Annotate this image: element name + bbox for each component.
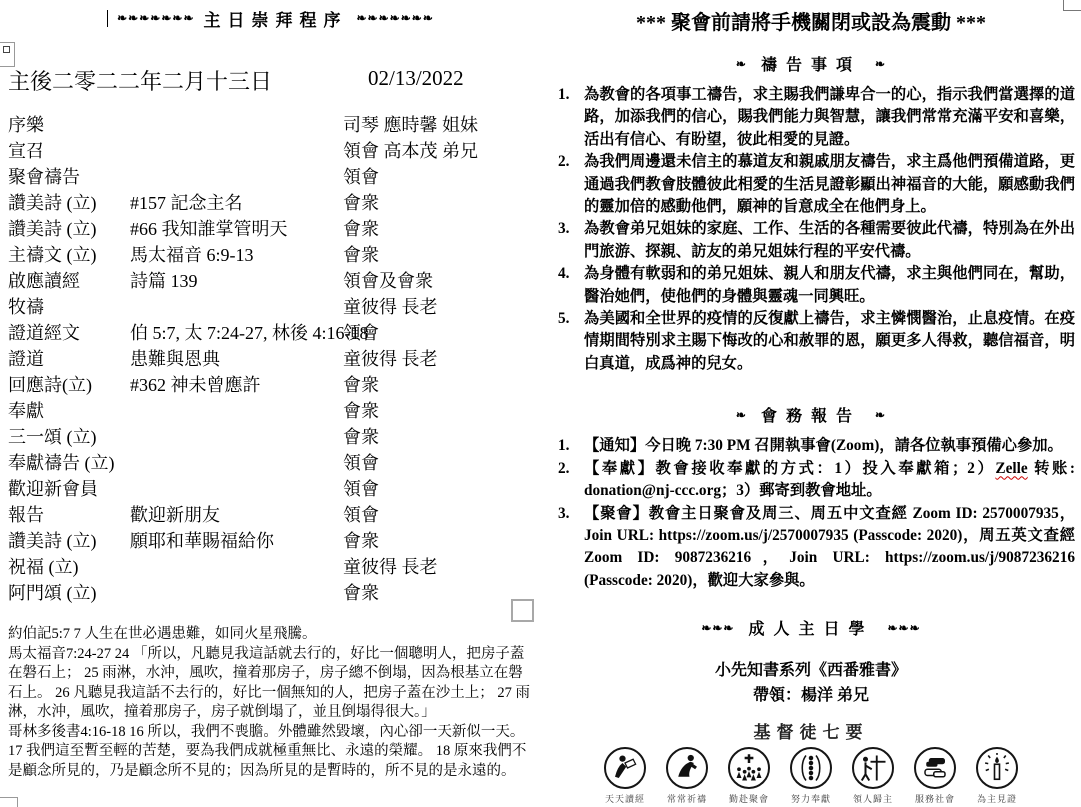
program-item-detail: #157 記念主名 — [130, 189, 343, 215]
program-row: 歡迎新會員領會 — [8, 475, 541, 501]
list-number: 1. — [558, 435, 584, 457]
program-item-label: 聚會禱告 — [8, 163, 130, 189]
seven-essentials-title: 基督徒七要 — [543, 718, 1079, 743]
program-item-label: 祝福 (立) — [8, 553, 130, 579]
essential-label: 天天讀經 — [605, 792, 645, 805]
program-row: 主禱文 (立)馬太福音 6:9-13會衆 — [8, 241, 541, 267]
program-item-person: 會衆 — [343, 527, 541, 553]
program-row: 讚美詩 (立)願耶和華賜福給你會衆 — [8, 527, 541, 553]
essential-label: 勤赴聚會 — [729, 792, 769, 805]
essential-item: 天天讀經 — [598, 747, 653, 805]
program-row: 宣召領會 高本茂 弟兄 — [8, 137, 541, 163]
program-row: 奉獻禱告 (立)領會 — [8, 449, 541, 475]
program-row: 啟應讀經詩篇 139領會及會衆 — [8, 267, 541, 293]
essential-item: 常常祈禱 — [660, 747, 715, 805]
program-item-person: 會衆 — [343, 423, 541, 449]
scripture-block: 約伯記5:7 7 人生在世必遇患難，如同火星飛騰。 馬太福音7:24-27 24… — [0, 625, 541, 781]
scripture-corinthians: 哥林多後書4:16-18 16 所以，我們不喪膽。外體雖然毀壞，內心卻一天新似一… — [8, 723, 531, 782]
prayer-text: 為教會的各項事工禱告，求主賜我們謙卑合一的心，指示我們當選擇的道路，加添我們的信… — [584, 84, 1075, 151]
ornament-right: ❧ — [875, 409, 886, 421]
list-number: 2. — [558, 458, 584, 503]
ornament-right: ❧ — [875, 58, 886, 70]
announcement-text-before: 【奉獻】教會接收奉獻的方式：1）投入奉獻箱；2） — [584, 460, 995, 477]
program-item-detail: 伯 5:7, 太 7:24-27, 林後 4:16-18 — [130, 319, 343, 345]
essential-label: 努力奉獻 — [791, 792, 831, 805]
program-item-person: 領會 — [343, 449, 541, 475]
program-item-person: 會衆 — [343, 189, 541, 215]
worship-order-page: ❧❧❧❧❧❧❧ 主日崇拜程序 ❧❧❧❧❧❧❧ 主後二零二二年二月十三日 02/1… — [0, 0, 541, 781]
list-number: 3. — [558, 503, 584, 593]
cropped-box-bottom-left — [0, 797, 18, 807]
program-row: 證道經文伯 5:7, 太 7:24-27, 林後 4:16-18領會 — [8, 319, 541, 345]
program-item-detail: 馬太福音 6:9-13 — [130, 241, 343, 267]
scripture-matthew: 馬太福音7:24-27 24 「所以，凡聽見我這話就去行的，好比一個聰明人，把房… — [8, 645, 531, 723]
program-row: 讚美詩 (立)#66 我知誰掌管明天會衆 — [8, 215, 541, 241]
list-number: 4. — [558, 263, 584, 308]
program-item-label: 讚美詩 (立) — [8, 527, 130, 553]
program-row: 牧禱童彼得 長老 — [8, 293, 541, 319]
program-item-person: 領會 — [343, 501, 541, 527]
program-item-detail: #66 我知誰掌管明天 — [130, 215, 343, 241]
phone-notice: *** 聚會前請將手機關閉或設為震動 *** — [543, 6, 1079, 35]
offering-icon — [790, 747, 832, 789]
essential-item: 勤赴聚會 — [722, 747, 777, 805]
date-chinese: 主後二零二二年二月十三日 — [8, 69, 272, 94]
program-row: 聚會禱告領會 — [8, 163, 541, 189]
essential-item: 服務社會 — [908, 747, 963, 805]
program-item-label: 讚美詩 (立) — [8, 189, 130, 215]
seven-essentials: 基督徒七要 天天讀經 — [543, 718, 1079, 805]
announcements-list: 1.【通知】今日晚 7:30 PM 召開執事會(Zoom)，請各位執事預備心參加… — [543, 435, 1079, 592]
gathering-icon — [728, 747, 770, 789]
announcement-item: 3.【聚會】教會主日聚會及周三、周五中文查經 Zoom ID: 25700079… — [558, 503, 1075, 593]
list-number: 1. — [558, 84, 584, 151]
program-item-detail: #362 神未曾應許 — [130, 371, 343, 397]
prayer-item: 4.為身體有軟弱和的弟兄姐妹、親人和朋友代禱，求主與他們同在，幫助，醫治她們，使… — [558, 263, 1075, 308]
program-row: 阿門頌 (立)會衆 — [8, 579, 541, 605]
program-row: 回應詩(立)#362 神未曾應許會衆 — [8, 371, 541, 397]
prayer-item: 2.為我們周邊還未信主的慕道友和親戚朋友禱告，求主爲他們預備道路，更通過我們教會… — [558, 151, 1075, 218]
ornament-left: ❧❧❧❧❧❧❧ — [117, 12, 194, 24]
seven-essentials-icons: 天天讀經 常常祈禱 — [543, 747, 1079, 805]
program-item-label: 牧禱 — [8, 293, 130, 319]
program-item-detail: 患難與恩典 — [130, 345, 343, 371]
program-row: 三一頌 (立)會衆 — [8, 423, 541, 449]
program-item-label: 阿門頌 (立) — [8, 579, 130, 605]
announcement-text: 【通知】今日晚 7:30 PM 召開執事會(Zoom)，請各位執事預備心參加。 — [584, 435, 1075, 457]
reading-icon — [604, 747, 646, 789]
program-item-label: 讚美詩 (立) — [8, 215, 130, 241]
essential-item: 領人歸主 — [846, 747, 901, 805]
misspelled-word: Zelle — [995, 460, 1027, 477]
program-item-person: 會衆 — [343, 397, 541, 423]
text-cursor — [107, 10, 108, 27]
program-item-person: 童彼得 長老 — [343, 553, 541, 579]
program-item-label: 證道經文 — [8, 319, 130, 345]
essential-label: 服務社會 — [915, 792, 955, 805]
announcement-text: 【聚會】教會主日聚會及周三、周五中文查經 Zoom ID: 2570007935… — [584, 503, 1075, 593]
program-item-person: 司琴 應時馨 姐妹 — [343, 111, 541, 137]
program-item-label: 證道 — [8, 345, 130, 371]
prayer-section-header: ❧ 禱告事項 ❧ — [543, 52, 1079, 75]
program-row: 報告歡迎新朋友領會 — [8, 501, 541, 527]
program-item-label: 報告 — [8, 501, 130, 527]
program-item-detail: 歡迎新朋友 — [130, 501, 343, 527]
essential-item: 努力奉獻 — [784, 747, 839, 805]
program-item-person: 領會及會衆 — [343, 267, 541, 293]
ornament-left: ❧ — [736, 58, 747, 70]
program-item-person: 領會 — [343, 319, 541, 345]
list-number: 3. — [558, 218, 584, 263]
sunday-school-leader: 帶領：楊洋 弟兄 — [543, 682, 1079, 705]
date-numeric: 02/13/2022 — [368, 66, 464, 91]
prayer-item: 5.為美國和全世界的疫情的反復獻上禱告，求主憐憫醫治，止息疫情。在疫情期間特別求… — [558, 308, 1075, 375]
essential-label: 常常祈禱 — [667, 792, 707, 805]
worship-program-list: 序樂司琴 應時馨 姐妹 宣召領會 高本茂 弟兄 聚會禱告領會 讚美詩 (立)#1… — [0, 111, 541, 605]
program-item-person: 會衆 — [343, 215, 541, 241]
program-item-person: 會衆 — [343, 241, 541, 267]
program-item-detail: 願耶和華賜福給你 — [130, 527, 343, 553]
program-item-person: 會衆 — [343, 371, 541, 397]
program-item-label: 啟應讀經 — [8, 267, 130, 293]
worship-order-header: ❧❧❧❧❧❧❧ 主日崇拜程序 ❧❧❧❧❧❧❧ — [0, 7, 541, 29]
scripture-job: 約伯記5:7 7 人生在世必遇患難，如同火星飛騰。 — [8, 625, 531, 645]
list-number: 5. — [558, 308, 584, 375]
announcement-item: 2.【奉獻】教會接收奉獻的方式：1）投入奉獻箱；2）Zelle 转账: dona… — [558, 458, 1075, 503]
cropped-box-top-right — [1063, 0, 1081, 11]
program-item-label: 奉獻禱告 (立) — [8, 449, 130, 475]
prayer-section-title: 禱告事項 — [761, 52, 861, 75]
service-icon — [914, 747, 956, 789]
program-row: 讚美詩 (立)#157 記念主名會衆 — [8, 189, 541, 215]
program-item-label: 主禱文 (立) — [8, 241, 130, 267]
program-item-label: 序樂 — [8, 111, 130, 137]
prayer-text: 為身體有軟弱和的弟兄姐妹、親人和朋友代禱，求主與他們同在，幫助，醫治她們，使他們… — [584, 263, 1075, 308]
empty-checkbox[interactable] — [511, 599, 534, 622]
program-item-person: 領會 — [343, 163, 541, 189]
announcement-text: 【奉獻】教會接收奉獻的方式：1）投入奉獻箱；2）Zelle 转账: donati… — [584, 458, 1075, 503]
program-item-person: 童彼得 長老 — [343, 293, 541, 319]
program-item-label: 宣召 — [8, 137, 130, 163]
announcements-section-title: 會務報告 — [761, 403, 861, 426]
ornament-left: ❧❧❧ — [701, 622, 734, 634]
date-row: 主後二零二二年二月十三日 02/13/2022 — [0, 65, 541, 91]
program-row: 祝福 (立)童彼得 長老 — [8, 553, 541, 579]
program-item-person: 領會 — [343, 475, 541, 501]
witness-icon — [976, 747, 1018, 789]
announcement-item: 1.【通知】今日晚 7:30 PM 召開執事會(Zoom)，請各位執事預備心參加… — [558, 435, 1075, 457]
prayer-text: 為我們周邊還未信主的慕道友和親戚朋友禱告，求主爲他們預備道路，更通過我們教會肢體… — [584, 151, 1075, 218]
program-item-person: 領會 高本茂 弟兄 — [343, 137, 541, 163]
essential-item: 為主見證 — [970, 747, 1025, 805]
program-row: 奉獻會衆 — [8, 397, 541, 423]
essential-label: 領人歸主 — [853, 792, 893, 805]
object-anchor-box — [0, 42, 15, 67]
announcements-section-header: ❧ 會務報告 ❧ — [543, 403, 1079, 426]
program-row: 證道患難與恩典童彼得 長老 — [8, 345, 541, 371]
program-row: 序樂司琴 應時馨 姐妹 — [8, 111, 541, 137]
program-item-person: 童彼得 長老 — [343, 345, 541, 371]
page-title: 主日崇拜程序 — [204, 6, 348, 31]
prayer-text: 為美國和全世界的疫情的反復獻上禱告，求主憐憫醫治，止息疫情。在疫情期間特別求主賜… — [584, 308, 1075, 375]
sunday-school-series: 小先知書系列《西番雅書》 — [543, 657, 1079, 680]
announcements-page: *** 聚會前請將手機關閉或設為震動 *** ❧ 禱告事項 ❧ 1.為教會的各項… — [543, 0, 1079, 805]
program-item-detail: 詩篇 139 — [130, 267, 343, 293]
prayer-list: 1.為教會的各項事工禱告，求主賜我們謙卑合一的心，指示我們當選擇的道路，加添我們… — [543, 84, 1079, 375]
praying-icon — [666, 747, 708, 789]
prayer-text: 為教會弟兄姐妹的家庭、工作、生活的各種需要彼此代禱，特別為在外出門旅游、探親、訪… — [584, 218, 1075, 263]
program-item-label: 三一頌 (立) — [8, 423, 130, 449]
prayer-item: 1.為教會的各項事工禱告，求主賜我們謙卑合一的心，指示我們當選擇的道路，加添我們… — [558, 84, 1075, 151]
sunday-school-title: 成人主日學 — [748, 616, 873, 639]
program-item-label: 奉獻 — [8, 397, 130, 423]
program-item-label: 歡迎新會員 — [8, 475, 130, 501]
essential-label: 為主見證 — [977, 792, 1017, 805]
ornament-left: ❧ — [736, 409, 747, 421]
evangelism-icon — [852, 747, 894, 789]
program-item-label: 回應詩(立) — [8, 371, 130, 397]
ornament-right: ❧❧❧ — [888, 622, 921, 634]
ornament-right: ❧❧❧❧❧❧❧ — [357, 12, 434, 24]
list-number: 2. — [558, 151, 584, 218]
prayer-item: 3.為教會弟兄姐妹的家庭、工作、生活的各種需要彼此代禱，特別為在外出門旅游、探親… — [558, 218, 1075, 263]
sunday-school-header: ❧❧❧ 成人主日學 ❧❧❧ — [543, 616, 1079, 639]
